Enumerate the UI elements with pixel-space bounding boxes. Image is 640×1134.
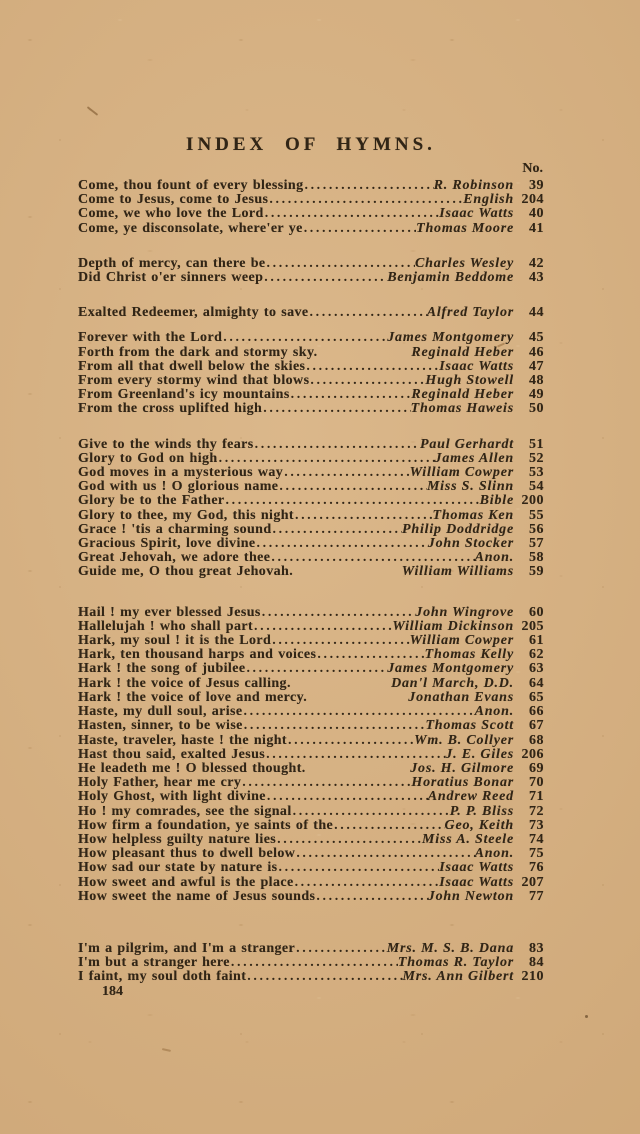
dot-leader: ........................................… [315,890,427,904]
page-number: 184 [102,985,544,999]
hymn-title: Grace ! 'tis a charming sound [78,523,272,537]
hymn-number: 74 [514,833,544,847]
dot-leader: ........................................… [293,565,402,579]
index-entry-row: He leadeth me ! O blessed thought. .....… [78,762,544,776]
index-entry-row: How sad our state by nature is .........… [78,861,544,875]
hymn-number: 59 [514,565,544,579]
index-entry-row: From every stormy wind that blows ......… [78,374,544,388]
hymn-title: Come, ye disconsolate, where'er ye [78,222,303,236]
hymn-title: How firm a foundation, ye saints of the [78,819,333,833]
hymn-title: Holy Ghost, with light divine [78,790,266,804]
dot-leader: ........................................… [271,634,409,648]
hymn-title: Depth of mercy, can there be [78,257,266,271]
index-entry-row: I'm but a stranger here ................… [78,956,544,970]
dot-leader: ........................................… [222,331,387,345]
hymn-author: Thomas Scott [425,719,514,733]
hymn-author: Andrew Reed [428,790,514,804]
hymn-title: Ho ! my comrades, see the signal [78,805,292,819]
index-entry-row: Great Jehovah, we adore thee ...........… [78,551,544,565]
hymn-number: 204 [514,193,544,207]
index-entry-row: From Greenland's icy mountains .........… [78,388,544,402]
hymn-number: 52 [514,452,544,466]
dot-leader: ........................................… [256,537,428,551]
index-entry-row: Glory be to the Father .................… [78,494,544,508]
hymn-title: Gracious Spirit, love divine [78,537,256,551]
dot-leader: ........................................… [225,494,480,508]
hymn-author: Paul Gerhardt [420,438,514,452]
index-entry-row: God with us ! O glorious name ..........… [78,480,544,494]
index-groups: Come, thou fount of every blessing .....… [78,179,544,985]
hymn-number: 51 [514,438,544,452]
dot-leader: ........................................… [294,876,440,890]
hymn-number: 70 [514,776,544,790]
index-entry-row: Hail ! my ever blessed Jesus ...........… [78,606,544,620]
paper-fiber-mark [162,1048,171,1051]
hymn-title: Haste, my dull soul, arise [78,705,243,719]
index-entry-row: Hark ! the song of jubilee .............… [78,662,544,676]
dot-leader: ........................................… [303,222,416,236]
hymn-author: Reginald Heber [411,388,514,402]
hymn-author: Horatius Bonar [411,776,514,790]
page-content: INDEX OF HYMNS. No. Come, thou fount of … [78,134,544,999]
hymn-number: 56 [514,523,544,537]
hymn-author: Isaac Watts [439,876,514,890]
index-entry-row: Hark, my soul ! it is the Lord .........… [78,634,544,648]
index-group: Exalted Redeemer, almighty to save .....… [78,306,544,320]
dot-leader: ........................................… [268,193,463,207]
index-group: Come, thou fount of every blessing .....… [78,179,544,236]
hymn-title: Give to the winds thy fears [78,438,254,452]
hymn-author: Thomas Moore [416,222,514,236]
dot-leader: ........................................… [294,509,433,523]
index-entry-row: From all that dwell below the skies ....… [78,360,544,374]
hymn-author: Anon. [475,847,514,861]
paper-fiber-mark [87,106,98,116]
dot-leader: ........................................… [290,388,412,402]
hymn-title: Haste, traveler, haste ! the night [78,734,287,748]
hymn-number: 53 [514,466,544,480]
hymn-number: 67 [514,719,544,733]
dot-leader: ........................................… [295,847,474,861]
hymn-number: 69 [514,762,544,776]
hymn-number: 39 [514,179,544,193]
hymn-number: 46 [514,346,544,360]
dot-leader: ........................................… [272,523,402,537]
hymn-author: William Dickinson [392,620,514,634]
index-entry-row: Holy Father, hear me cry ...............… [78,776,544,790]
dot-leader: ........................................… [309,306,427,320]
dot-leader: ........................................… [266,257,415,271]
hymn-number: 200 [514,494,544,508]
number-column-header: No. [78,162,544,176]
hymn-title: Hark ! the voice of Jesus calling. [78,677,291,691]
hymn-number: 55 [514,509,544,523]
index-entry-row: Hark ! the voice of love and mercy. ....… [78,691,544,705]
hymn-author: Mrs. M. S. B. Dana [387,942,514,956]
hymn-title: Come, we who love the Lord [78,207,264,221]
hymn-number: 205 [514,620,544,634]
index-entry-row: Forever with the Lord ..................… [78,331,544,345]
hymn-author: Reginald Heber [411,346,514,360]
hymn-author: Thomas R. Taylor [398,956,514,970]
index-entry-row: Grace ! 'tis a charming sound ..........… [78,523,544,537]
hymn-author: R. Robinson [434,179,514,193]
dot-leader: ........................................… [262,402,410,416]
index-entry-row: Hallelujah ! who shall part ............… [78,620,544,634]
dot-leader: ........................................… [287,734,414,748]
hymn-author: English [463,193,514,207]
index-group: I'm a pilgrim, and I'm a stranger ......… [78,942,544,985]
hymn-author: P. P. Bliss [450,805,514,819]
hymn-title: God moves in a mysterious way [78,466,283,480]
dot-leader: ........................................… [283,466,409,480]
hymn-author: Miss A. Steele [422,833,514,847]
hymn-title: Come, thou fount of every blessing [78,179,303,193]
hymn-number: 210 [514,970,544,984]
dot-leader: ........................................… [305,360,439,374]
hymn-number: 44 [514,306,544,320]
dot-leader: ........................................… [230,956,398,970]
hymn-title: Forth from the dark and stormy sky. [78,346,317,360]
hymn-author: Anon. [475,551,514,565]
hymn-title: Hail ! my ever blessed Jesus [78,606,261,620]
index-entry-row: Did Christ o'er sinners weep ...........… [78,271,544,285]
index-entry-row: Hark ! the voice of Jesus calling. .....… [78,677,544,691]
hymn-author: Geo, Keith [445,819,514,833]
hymn-title: God with us ! O glorious name [78,480,278,494]
hymn-number: 43 [514,271,544,285]
hymn-title: He leadeth me ! O blessed thought. [78,762,306,776]
hymn-number: 206 [514,748,544,762]
dot-leader: ........................................… [270,551,474,565]
hymn-number: 47 [514,360,544,374]
hymn-author: Bible [480,494,514,508]
dot-leader: ........................................… [276,833,422,847]
hymn-author: Wm. B. Collyer [414,734,514,748]
hymn-title: Come to Jesus, come to Jesus [78,193,268,207]
hymn-title: Hark ! the voice of love and mercy. [78,691,307,705]
index-entry-row: Haste, my dull soul, arise .............… [78,705,544,719]
index-entry-row: From the cross uplifted high ...........… [78,402,544,416]
index-entry-row: Guide me, O thou great Jehovah. ........… [78,565,544,579]
hymn-number: 58 [514,551,544,565]
hymn-title: Exalted Redeemer, almighty to save [78,306,309,320]
dot-leader: ........................................… [309,374,425,388]
hymn-author: William Cowper [410,466,514,480]
hymn-number: 42 [514,257,544,271]
hymn-author: Thomas Ken [432,509,514,523]
index-entry-row: Holy Ghost, with light divine ..........… [78,790,544,804]
hymn-title: I'm but a stranger here [78,956,230,970]
hymn-author: James Montgomery [387,662,514,676]
hymn-author: John Wingrove [415,606,514,620]
book-page: INDEX OF HYMNS. No. Come, thou fount of … [0,0,640,1134]
dot-leader: ........................................… [317,346,411,360]
hymn-author: William Williams [402,565,514,579]
index-entry-row: Hasten, sinner, to be wise .............… [78,719,544,733]
hymn-title: How sweet the name of Jesus sounds [78,890,315,904]
hymn-title: How helpless guilty nature lies [78,833,276,847]
hymn-number: 73 [514,819,544,833]
hymn-author: John Newton [428,890,514,904]
hymn-author: James Allen [435,452,514,466]
index-entry-row: Depth of mercy, can there be ...........… [78,257,544,271]
hymn-title: From the cross uplifted high [78,402,262,416]
dot-leader: ........................................… [278,480,427,494]
hymn-title: I faint, my soul doth faint [78,970,246,984]
hymn-title: Did Christ o'er sinners weep [78,271,263,285]
index-group: Hail ! my ever blessed Jesus ...........… [78,606,544,904]
hymn-author: James Montgomery [387,331,514,345]
hymn-number: 83 [514,942,544,956]
dot-leader: ........................................… [264,207,439,221]
dot-leader: ........................................… [243,719,426,733]
index-entry-row: How sweet and awful is the place .......… [78,876,544,890]
hymn-number: 84 [514,956,544,970]
index-entry-row: How sweet the name of Jesus sounds .....… [78,890,544,904]
index-entry-row: Come, we who love the Lord .............… [78,207,544,221]
hymn-title: Hark ! the song of jubilee [78,662,245,676]
hymn-number: 75 [514,847,544,861]
hymn-author: Mrs. Ann Gilbert [403,970,514,984]
hymn-author: William Cowper [410,634,514,648]
hymn-number: 207 [514,876,544,890]
hymn-author: Isaac Watts [439,861,514,875]
index-entry-row: Exalted Redeemer, almighty to save .....… [78,306,544,320]
index-entry-row: Gracious Spirit, love divine ...........… [78,537,544,551]
hymn-title: Great Jehovah, we adore thee [78,551,270,565]
index-entry-row: Haste, traveler, haste ! the night .....… [78,734,544,748]
index-entry-row: How helpless guilty nature lies ........… [78,833,544,847]
hymn-number: 62 [514,648,544,662]
hymn-number: 54 [514,480,544,494]
hymn-title: Hallelujah ! who shall part [78,620,253,634]
hymn-author: Alfred Taylor [427,306,514,320]
dot-leader: ........................................… [254,438,420,452]
dot-leader: ........................................… [265,748,445,762]
dot-leader: ........................................… [291,677,391,691]
hymn-title: I'm a pilgrim, and I'm a stranger [78,942,295,956]
hymn-number: 41 [514,222,544,236]
hymn-title: Forever with the Lord [78,331,222,345]
dot-leader: ........................................… [333,819,444,833]
hymn-number: 60 [514,606,544,620]
paper-fiber-mark [585,1015,588,1018]
index-entry-row: Come to Jesus, come to Jesus ...........… [78,193,544,207]
index-entry-row: God moves in a mysterious way ..........… [78,466,544,480]
hymn-title: How sweet and awful is the place [78,876,294,890]
hymn-title: Hark, ten thousand harps and voices [78,648,316,662]
hymn-title: Guide me, O thou great Jehovah. [78,565,293,579]
hymn-author: Philip Doddridge [402,523,514,537]
dot-leader: ........................................… [261,606,416,620]
hymn-number: 65 [514,691,544,705]
dot-leader: ........................................… [295,942,387,956]
hymn-title: Glory be to the Father [78,494,225,508]
hymn-number: 40 [514,207,544,221]
dot-leader: ........................................… [306,762,411,776]
hymn-title: Hark, my soul ! it is the Lord [78,634,271,648]
hymn-number: 72 [514,805,544,819]
index-entry-row: Forth from the dark and stormy sky. ....… [78,346,544,360]
index-group: Give to the winds thy fears ............… [78,438,544,580]
index-entry-row: Hark, ten thousand harps and voices ....… [78,648,544,662]
dot-leader: ........................................… [245,662,387,676]
hymn-number: 61 [514,634,544,648]
hymn-title: Hast thou said, exalted Jesus [78,748,265,762]
hymn-number: 49 [514,388,544,402]
dot-leader: ........................................… [316,648,424,662]
dot-leader: ........................................… [246,970,402,984]
hymn-number: 77 [514,890,544,904]
dot-leader: ........................................… [253,620,392,634]
hymn-title: From all that dwell below the skies [78,360,305,374]
hymn-author: Anon. [475,705,514,719]
dot-leader: ........................................… [303,179,433,193]
dot-leader: ........................................… [278,861,440,875]
hymn-title: Glory to thee, my God, this night [78,509,294,523]
index-entry-row: Come, thou fount of every blessing .....… [78,179,544,193]
hymn-author: Dan'l March, D.D. [391,677,514,691]
hymn-number: 64 [514,677,544,691]
index-entry-row: Hast thou said, exalted Jesus ..........… [78,748,544,762]
index-entry-row: I faint, my soul doth faint ............… [78,970,544,984]
hymn-number: 50 [514,402,544,416]
hymn-number: 68 [514,734,544,748]
hymn-title: From Greenland's icy mountains [78,388,290,402]
dot-leader: ........................................… [218,452,435,466]
dot-leader: ........................................… [243,705,475,719]
hymn-author: Jonathan Evans [408,691,514,705]
index-entry-row: Ho ! my comrades, see the signal .......… [78,805,544,819]
hymn-author: Thomas Kelly [425,648,514,662]
index-entry-row: Glory to God on high ...................… [78,452,544,466]
hymn-number: 45 [514,331,544,345]
hymn-author: John Stocker [428,537,514,551]
hymn-number: 48 [514,374,544,388]
index-entry-row: How pleasant thus to dwell below .......… [78,847,544,861]
index-entry-row: Glory to thee, my God, this night ......… [78,509,544,523]
dot-leader: ........................................… [263,271,387,285]
index-group: Depth of mercy, can there be ...........… [78,257,544,285]
index-group: Forever with the Lord ..................… [78,331,544,416]
hymn-number: 63 [514,662,544,676]
index-entry-row: I'm a pilgrim, and I'm a stranger ......… [78,942,544,956]
hymn-author: Hugh Stowell [425,374,514,388]
hymn-author: Thomas Haweis [411,402,514,416]
hymn-number: 66 [514,705,544,719]
dot-leader: ........................................… [292,805,450,819]
index-entry-row: Come, ye disconsolate, where'er ye .....… [78,222,544,236]
dot-leader: ........................................… [241,776,411,790]
dot-leader: ........................................… [266,790,428,804]
hymn-author: Isaac Watts [439,207,514,221]
hymn-number: 71 [514,790,544,804]
index-entry-row: How firm a foundation, ye saints of the … [78,819,544,833]
hymn-number: 57 [514,537,544,551]
hymn-author: Jos. H. Gilmore [410,762,514,776]
hymn-title: How pleasant thus to dwell below [78,847,295,861]
hymn-title: From every stormy wind that blows [78,374,309,388]
hymn-title: Hasten, sinner, to be wise [78,719,243,733]
hymn-author: Miss S. Slinn [427,480,514,494]
hymn-title: How sad our state by nature is [78,861,278,875]
dot-leader: ........................................… [307,691,408,705]
hymn-author: Isaac Watts [439,360,514,374]
page-title: INDEX OF HYMNS. [78,134,544,156]
hymn-title: Glory to God on high [78,452,218,466]
index-entry-row: Give to the winds thy fears ............… [78,438,544,452]
hymn-author: J. E. Giles [445,748,514,762]
hymn-number: 76 [514,861,544,875]
hymn-author: Benjamin Beddome [387,271,514,285]
hymn-title: Holy Father, hear me cry [78,776,241,790]
hymn-author: Charles Wesley [415,257,514,271]
